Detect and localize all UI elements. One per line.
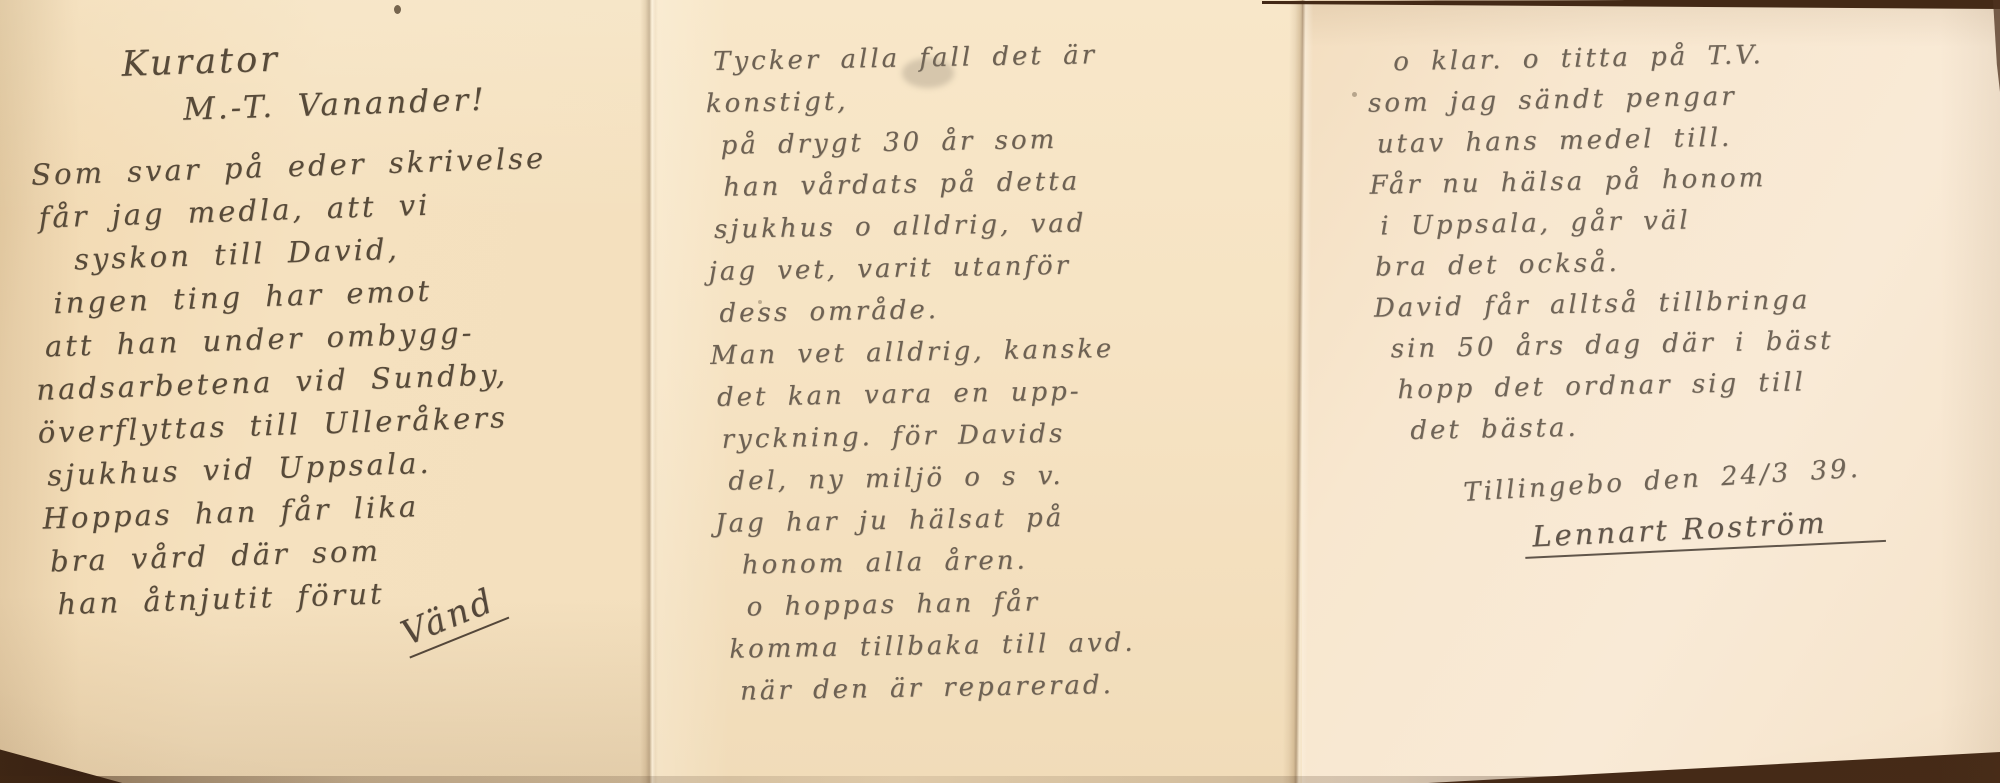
page-middle: Tycker alla fall det är konstigt, på dry…: [652, 0, 1302, 783]
page-right-text: o klar. o titta på T.V. som jag sändt pe…: [1302, 0, 2000, 783]
paper-speck: [1352, 92, 1357, 97]
handwriting-line: när den är reparerad.: [740, 661, 1315, 713]
page-right: o klar. o titta på T.V. som jag sändt pe…: [1302, 0, 2000, 783]
page-left-text: Kurator M.-T. Vanander! Som svar på eder…: [0, 0, 667, 783]
signature: Lennart Roström: [1524, 503, 1887, 559]
signature-row: Lennart Roström: [1524, 506, 2000, 561]
page-middle-text: Tycker alla fall det är konstigt, på dry…: [652, 0, 1316, 783]
letter-photo: Kurator M.-T. Vanander! Som svar på eder…: [0, 0, 2000, 783]
fold-crease-left: [640, 0, 658, 783]
paper-speck: [394, 5, 401, 14]
page-left: Kurator M.-T. Vanander! Som svar på eder…: [0, 0, 652, 783]
paper-speck: [758, 300, 762, 304]
dateline: Tillingebo den 24/3 39.: [1462, 440, 2000, 514]
paper-smudge: [902, 58, 954, 88]
turn-note: Vänd: [398, 596, 505, 640]
